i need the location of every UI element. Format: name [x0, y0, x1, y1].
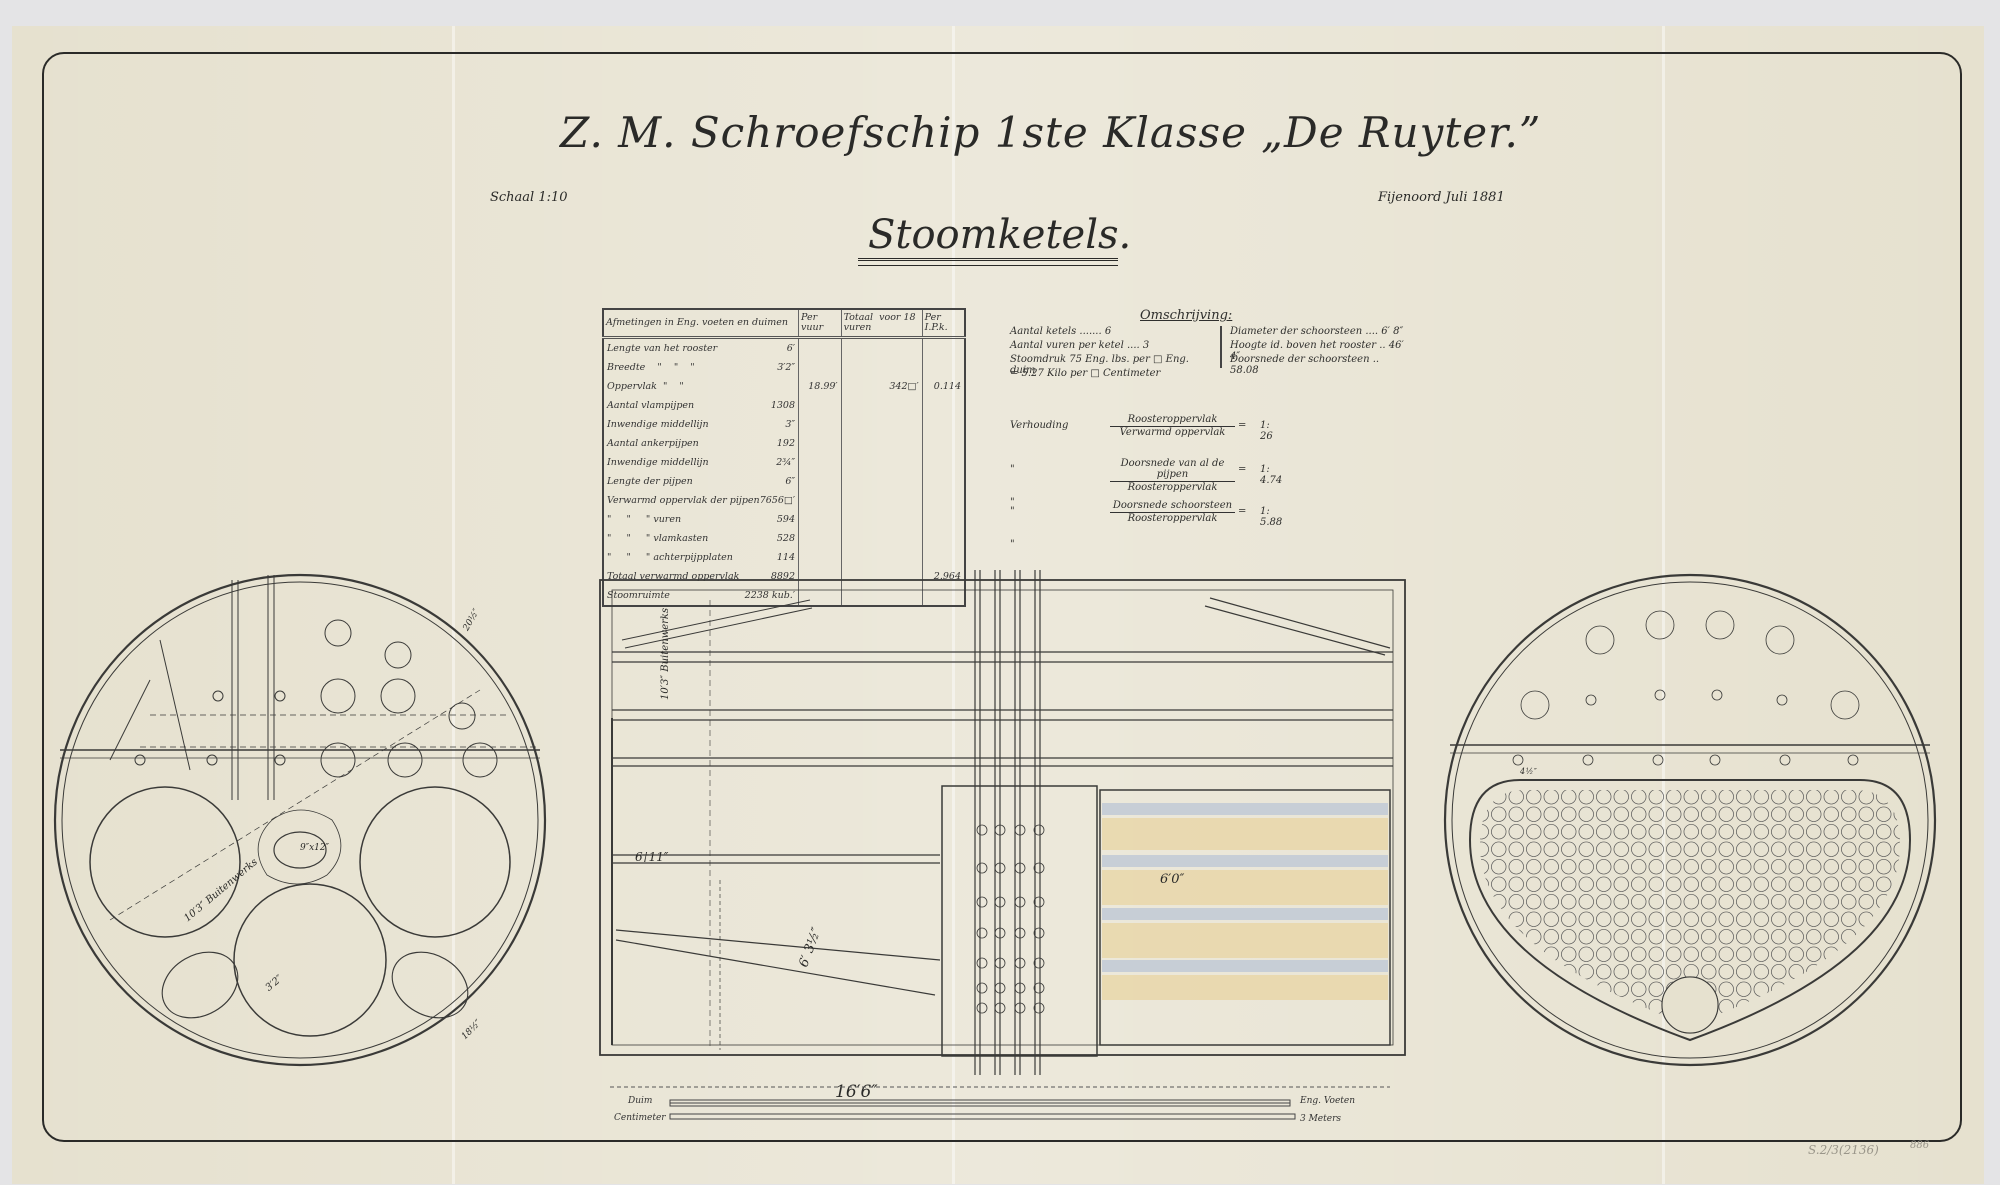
grate-length-dimension: 6†11″ [635, 850, 668, 864]
metric-scale-unit: 3 Meters [1300, 1114, 1341, 1124]
feet-scale-unit: Eng. Voeten [1300, 1096, 1355, 1106]
metric-scale-label: Centimeter [614, 1113, 666, 1123]
side-view-label: 10′3″ Buitenwerks [660, 608, 671, 700]
archive-catalog-mark: S.2/3(2136) [1808, 1143, 1879, 1157]
scale-bar: Duim Eng. Voeten Centimeter 3 Meters [610, 1086, 1390, 1126]
stay-holes [977, 825, 1044, 1013]
tube-pitch-label: 4½″ [1520, 767, 1537, 776]
feet-scale-label: Duim [628, 1096, 652, 1106]
archive-number-mark: 886 [1910, 1140, 1929, 1151]
technical-drawings [0, 0, 2000, 1185]
tube-length-dimension: 6′0″ [1160, 872, 1184, 887]
front-view-left [55, 575, 545, 1065]
manhole-dimension: 9″x12″ [300, 843, 329, 853]
tube-bands [1102, 803, 1388, 1000]
